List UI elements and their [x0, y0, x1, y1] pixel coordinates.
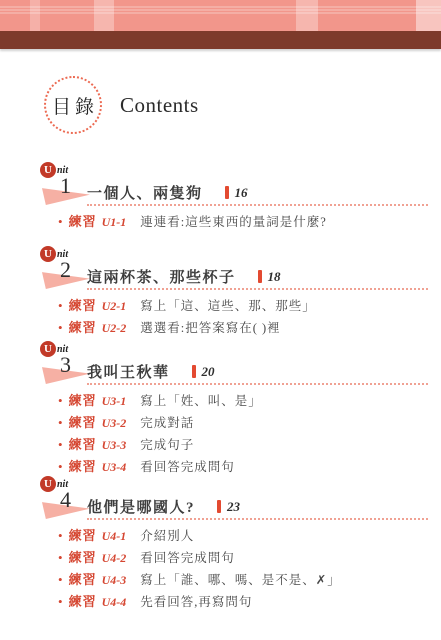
practice-item[interactable]: • 練習 U3-2 完成對話: [58, 412, 430, 434]
practice-item[interactable]: • 練習 U4-1 介紹別人: [58, 525, 430, 547]
practice-desc: 介紹別人: [140, 526, 194, 544]
practice-code: U4-3: [102, 573, 127, 588]
dotted-divider: [87, 204, 428, 206]
practice-label: 練習: [69, 412, 97, 431]
bullet-icon: •: [58, 437, 63, 453]
practice-desc: 寫上「誰、哪、嗎、是不是、✗」: [140, 570, 340, 588]
practice-item[interactable]: • 練習 U3-4 看回答完成問句: [58, 456, 430, 478]
practice-code: U4-2: [102, 551, 127, 566]
plaid-band: [0, 0, 441, 31]
dotted-circle-icon: 目錄: [44, 76, 102, 134]
page-title: Contents: [120, 93, 199, 118]
dotted-divider: [87, 288, 428, 290]
unit-title-row: 一個人、兩隻狗 16: [87, 182, 248, 203]
unit-badge-icon: U: [40, 341, 56, 357]
practice-code: U3-4: [102, 460, 127, 475]
toc-label: 目錄: [48, 92, 98, 119]
page-number: 20: [202, 364, 215, 380]
page-marker-icon: [258, 270, 262, 283]
bullet-icon: •: [58, 459, 63, 475]
page-marker-icon: [225, 186, 229, 199]
unit-number: 3: [60, 352, 71, 378]
practice-label: 練習: [69, 211, 97, 230]
bullet-icon: •: [58, 594, 63, 610]
unit-title-row: 這兩杯茶、那些杯子 18: [87, 266, 281, 287]
unit-number: 1: [60, 173, 71, 199]
practice-desc: 看回答完成問句: [140, 548, 235, 566]
practice-label: 練習: [69, 434, 97, 453]
unit-title[interactable]: 他們是哪國人?: [87, 496, 195, 517]
practice-desc: 看回答完成問句: [140, 457, 235, 475]
page-marker-icon: [192, 365, 196, 378]
practice-item[interactable]: • 練習 U1-1 連連看:這些東西的量詞是什麼?: [58, 211, 430, 233]
practice-item[interactable]: • 練習 U2-1 寫上「這、這些、那、那些」: [58, 295, 430, 317]
practice-label: 練習: [69, 547, 97, 566]
practice-label: 練習: [69, 456, 97, 475]
practice-desc: 連連看:這些東西的量詞是什麼?: [140, 212, 327, 230]
page-number: 23: [227, 499, 240, 515]
bullet-icon: •: [58, 550, 63, 566]
practice-code: U4-1: [102, 529, 127, 544]
unit-title-row: 他們是哪國人? 23: [87, 496, 240, 517]
bullet-icon: •: [58, 298, 63, 314]
practice-label: 練習: [69, 295, 97, 314]
bullet-icon: •: [58, 528, 63, 544]
practice-code: U3-1: [102, 394, 127, 409]
practice-item[interactable]: • 練習 U3-3 完成句子: [58, 434, 430, 456]
bullet-icon: •: [58, 393, 63, 409]
unit-title[interactable]: 這兩杯茶、那些杯子: [87, 266, 236, 287]
bullet-icon: •: [58, 320, 63, 336]
practice-desc: 寫上「姓、叫、是」: [140, 391, 262, 409]
bullet-icon: •: [58, 415, 63, 431]
practice-list: • 練習 U2-1 寫上「這、這些、那、那些」 • 練習 U2-2 選選看:把答…: [58, 295, 430, 339]
practice-code: U4-4: [102, 595, 127, 610]
unit-badge-icon: U: [40, 162, 56, 178]
practice-label: 練習: [69, 525, 97, 544]
practice-desc: 完成句子: [140, 435, 194, 453]
unit-title[interactable]: 我叫王秋華: [87, 361, 170, 382]
practice-label: 練習: [69, 569, 97, 588]
bullet-icon: •: [58, 572, 63, 588]
practice-item[interactable]: • 練習 U2-2 選選看:把答案寫在( )裡: [58, 317, 430, 339]
unit-number: 4: [60, 487, 71, 513]
practice-item[interactable]: • 練習 U4-3 寫上「誰、哪、嗎、是不是、✗」: [58, 569, 430, 591]
practice-code: U3-2: [102, 416, 127, 431]
maroon-band: [0, 31, 441, 49]
practice-label: 練習: [69, 317, 97, 336]
page-header: 目錄 Contents: [44, 76, 199, 134]
practice-desc: 選選看:把答案寫在( )裡: [140, 318, 280, 336]
practice-code: U2-2: [102, 321, 127, 336]
practice-desc: 寫上「這、這些、那、那些」: [140, 296, 316, 314]
unit-title[interactable]: 一個人、兩隻狗: [87, 182, 203, 203]
practice-label: 練習: [69, 390, 97, 409]
page-number: 18: [268, 269, 281, 285]
practice-item[interactable]: • 練習 U4-2 看回答完成問句: [58, 547, 430, 569]
practice-code: U3-3: [102, 438, 127, 453]
practice-desc: 完成對話: [140, 413, 194, 431]
dotted-divider: [87, 518, 428, 520]
practice-item[interactable]: • 練習 U3-1 寫上「姓、叫、是」: [58, 390, 430, 412]
practice-code: U1-1: [102, 215, 127, 230]
practice-item[interactable]: • 練習 U4-4 先看回答,再寫問句: [58, 591, 430, 613]
practice-code: U2-1: [102, 299, 127, 314]
unit-title-row: 我叫王秋華 20: [87, 361, 215, 382]
page-number: 16: [235, 185, 248, 201]
practice-list: • 練習 U1-1 連連看:這些東西的量詞是什麼?: [58, 211, 430, 233]
practice-desc: 先看回答,再寫問句: [140, 592, 252, 610]
practice-list: • 練習 U3-1 寫上「姓、叫、是」 • 練習 U3-2 完成對話 • 練習 …: [58, 390, 430, 478]
bullet-icon: •: [58, 214, 63, 230]
unit-number: 2: [60, 257, 71, 283]
practice-label: 練習: [69, 591, 97, 610]
practice-list: • 練習 U4-1 介紹別人 • 練習 U4-2 看回答完成問句 • 練習 U4…: [58, 525, 430, 613]
unit-badge-icon: U: [40, 476, 56, 492]
page-marker-icon: [217, 500, 221, 513]
unit-badge-icon: U: [40, 246, 56, 262]
dotted-divider: [87, 383, 428, 385]
